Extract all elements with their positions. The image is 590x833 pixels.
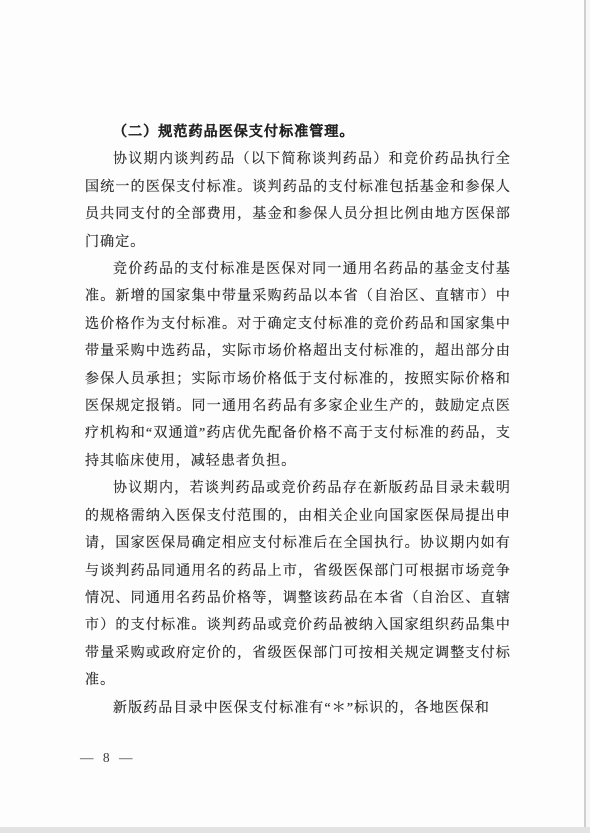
paragraph-bidding-drug-standard: 竞价药品的支付标准是医保对同一通用名药品的基金支付基准。新增的国家集中带量采购药… — [85, 256, 511, 475]
section-heading: （二）规范药品医保支付标准管理。 — [85, 119, 511, 146]
scan-edge-right-pad — [586, 0, 590, 833]
paragraph-payment-standard-scope: 协议期内谈判药品（以下简称谈判药品）和竞价药品执行全国统一的医保支付标准。谈判药… — [85, 146, 511, 256]
scan-edge-right-line — [584, 0, 586, 833]
page-number: — 8 — — [80, 750, 136, 766]
paragraph-asterisk-note: 新版药品目录中医保支付标准有“＊”标识的，各地医保和 — [85, 695, 511, 722]
document-body: （二）规范药品医保支付标准管理。 协议期内谈判药品（以下简称谈判药品）和竞价药品… — [85, 119, 511, 722]
document-page: （二）规范药品医保支付标准管理。 协议期内谈判药品（以下简称谈判药品）和竞价药品… — [0, 0, 590, 833]
scan-edge-bottom — [0, 827, 590, 833]
paragraph-agreement-period-rules: 协议期内，若谈判药品或竞价药品存在新版药品目录未载明的规格需纳入医保支付范围的，… — [85, 475, 511, 694]
